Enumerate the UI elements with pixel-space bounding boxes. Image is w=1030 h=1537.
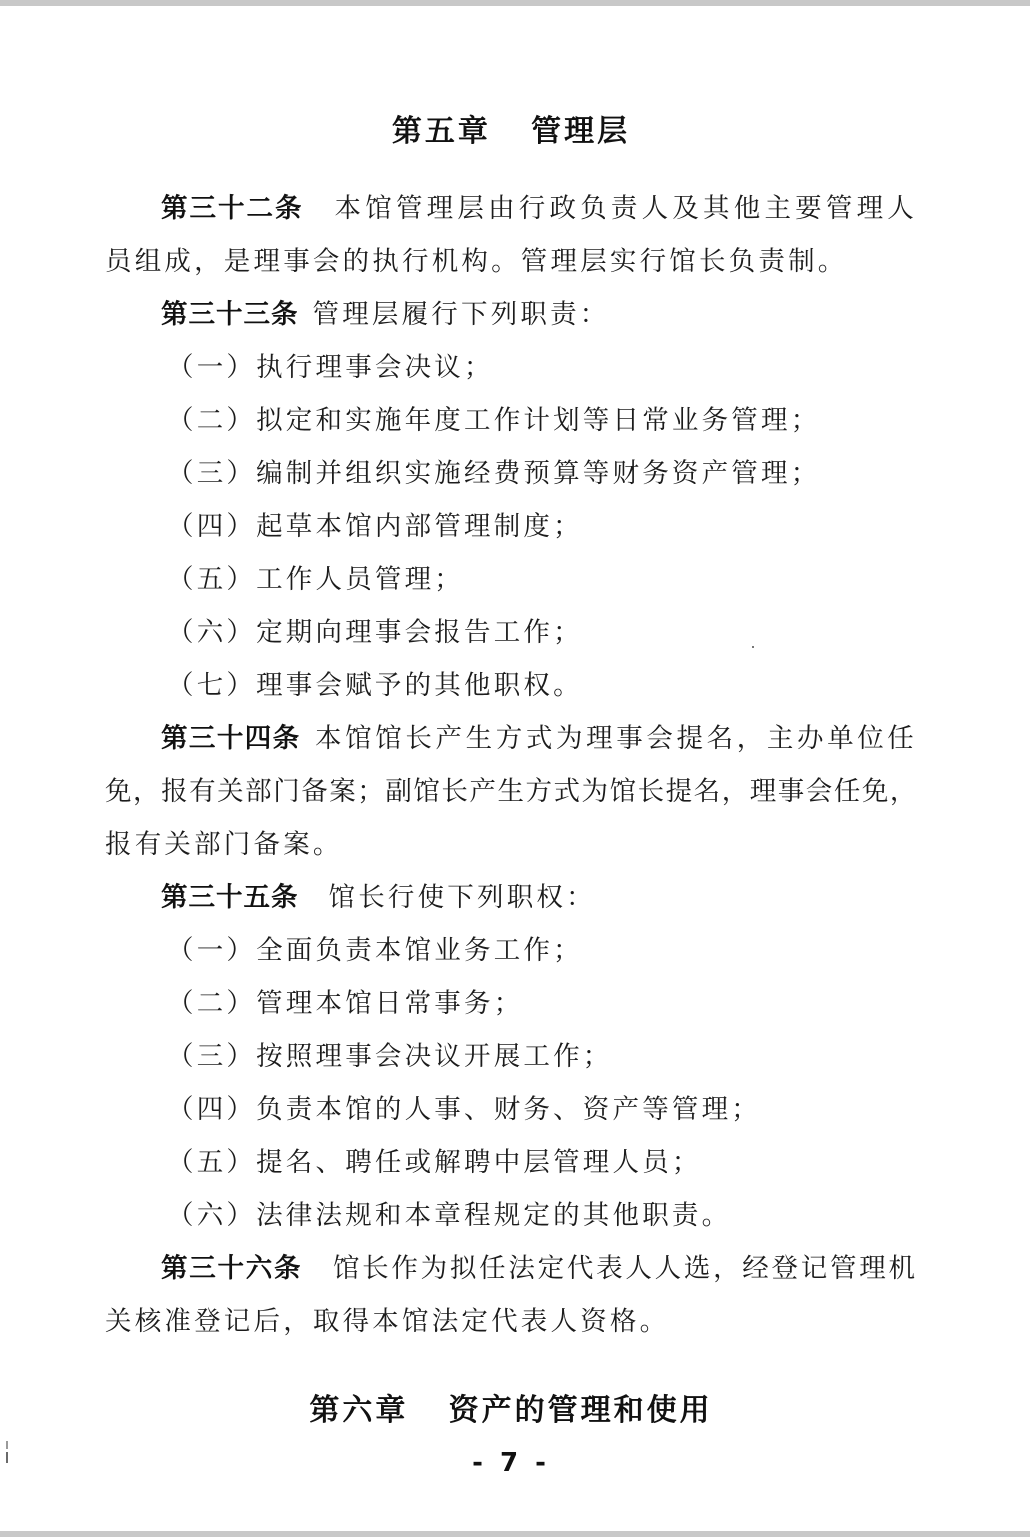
list-item: （三）按照理事会决议开展工作； xyxy=(105,1040,917,1074)
list-item: （一）全面负责本馆业务工作； xyxy=(105,934,917,968)
chapter-number: 第六章 xyxy=(309,1393,408,1428)
scan-top-border xyxy=(0,0,1030,6)
scan-artifact xyxy=(6,1452,8,1463)
list-item: （一）执行理事会决议； xyxy=(105,351,917,385)
list-item: （五）工作人员管理； xyxy=(105,563,917,597)
list-item: （二）管理本馆日常事务； xyxy=(105,987,917,1021)
article-32-line-2: 员组成，是理事会的执行机构。管理层实行馆长负责制。 xyxy=(105,245,917,279)
chapter-heading-5: 第五章 管理层 xyxy=(105,106,917,150)
article-label: 第三十五条 xyxy=(161,882,299,913)
chapter-title: 资产的管理和使用 xyxy=(449,1393,713,1428)
list-item: （七）理事会赋予的其他职权。 xyxy=(105,669,917,703)
article-label: 第三十三条 xyxy=(161,299,299,330)
page-number: - 7 - xyxy=(105,1448,917,1478)
article-text: 管理层履行下列职责： xyxy=(313,299,610,330)
list-item: （四）起草本馆内部管理制度； xyxy=(105,510,917,544)
list-item: （二）拟定和实施年度工作计划等日常业务管理； xyxy=(105,404,917,438)
article-33-intro: 第三十三条管理层履行下列职责： xyxy=(105,298,917,332)
article-36-line-2: 关核准登记后，取得本馆法定代表人资格。 xyxy=(105,1305,917,1339)
list-item: （六）法律法规和本章程规定的其他职责。 xyxy=(105,1199,917,1233)
article-32-line-1: 第三十二条本馆管理层由行政负责人及其他主要管理人 xyxy=(105,192,917,226)
list-item: （三）编制并组织实施经费预算等财务资产管理； xyxy=(105,457,917,491)
article-34-line-1: 第三十四条本馆馆长产生方式为理事会提名，主办单位任 xyxy=(105,722,917,756)
scan-artifact xyxy=(752,646,754,648)
article-text: 免，报有关部门备案；副馆长产生方式为馆长提名，理事会任免， xyxy=(105,776,917,807)
scan-bottom-border xyxy=(0,1531,1030,1537)
article-label: 第三十六条 xyxy=(161,1253,302,1284)
article-text: 本馆管理层由行政负责人及其他主要管理人 xyxy=(334,193,917,224)
list-item: （六）定期向理事会报告工作； xyxy=(105,616,917,650)
article-text: 员组成，是理事会的执行机构。管理层实行馆长负责制。 xyxy=(105,246,848,277)
article-34-line-3: 报有关部门备案。 xyxy=(105,828,917,862)
article-34-line-2: 免，报有关部门备案；副馆长产生方式为馆长提名，理事会任免， xyxy=(105,775,917,809)
article-label: 第三十四条 xyxy=(161,723,301,754)
list-item: （五）提名、聘任或解聘中层管理人员； xyxy=(105,1146,917,1180)
article-text: 报有关部门备案。 xyxy=(105,829,343,860)
article-text: 馆长行使下列职权： xyxy=(329,882,596,913)
list-item: （四）负责本馆的人事、财务、资产等管理； xyxy=(105,1093,917,1127)
article-text: 本馆馆长产生方式为理事会提名，主办单位任 xyxy=(315,723,917,754)
article-text: 馆长作为拟任法定代表人人选，经登记管理机 xyxy=(332,1253,917,1284)
chapter-number: 第五章 xyxy=(392,114,491,149)
scan-artifact xyxy=(6,1441,8,1449)
article-text: 关核准登记后，取得本馆法定代表人资格。 xyxy=(105,1306,669,1337)
chapter-heading-6: 第六章 资产的管理和使用 xyxy=(105,1385,917,1429)
article-36-line-1: 第三十六条馆长作为拟任法定代表人人选，经登记管理机 xyxy=(105,1252,917,1286)
chapter-title: 管理层 xyxy=(531,114,630,149)
article-label: 第三十二条 xyxy=(161,193,304,224)
article-35-intro: 第三十五条馆长行使下列职权： xyxy=(105,881,917,915)
